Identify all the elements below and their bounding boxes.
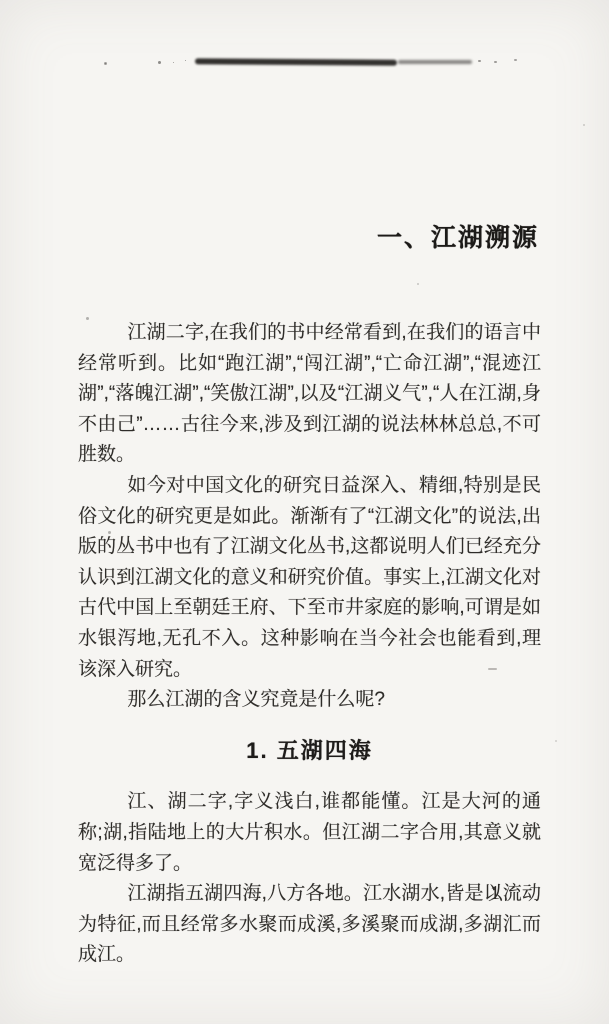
page-body: 江湖二字,在我们的书中经常看到,在我们的语言中经常听到。比如“跑江湖”,“闯江湖… [78, 318, 541, 971]
scan-speck [488, 668, 497, 670]
scan-smudge-artifact [100, 50, 560, 72]
body-paragraph: 江湖指五湖四海,八方各地。江水湖水,皆是以流动为特征,而且经常多水聚而成溪,多溪… [78, 879, 541, 971]
scan-speck [108, 531, 111, 534]
scanned-book-page: 一、江湖溯源 江湖二字,在我们的书中经常看到,在我们的语言中经常听到。比如“跑江… [0, 0, 609, 1024]
smudge-dots-right [478, 60, 481, 62]
scan-speck [86, 317, 89, 320]
scan-speck [583, 124, 585, 126]
smudge-mid [398, 60, 472, 64]
scan-speck [417, 283, 419, 285]
body-paragraph: 如今对中国文化的研究日益深入、精细,特别是民俗文化的研究更是如此。渐渐有了“江湖… [78, 471, 541, 685]
paragraph-group-bottom: 江、湖二字,字义浅白,谁都能懂。江是大河的通称;湖,指陆地上的大片积水。但江湖二… [78, 787, 541, 971]
paragraph-group-top: 江湖二字,在我们的书中经常看到,在我们的语言中经常听到。比如“跑江湖”,“闯江湖… [78, 318, 541, 716]
body-paragraph: 那么江湖的含义究竟是什么呢? [78, 685, 541, 716]
scan-speck [483, 637, 486, 639]
scan-speck [104, 62, 107, 65]
body-paragraph: 江湖二字,在我们的书中经常看到,在我们的语言中经常听到。比如“跑江湖”,“闯江湖… [78, 318, 541, 471]
body-paragraph: 江、湖二字,字义浅白,谁都能懂。江是大河的通称;湖,指陆地上的大片积水。但江湖二… [78, 787, 541, 879]
chapter-title: 一、江湖溯源 [377, 218, 539, 254]
section-heading: 1. 五湖四海 [78, 736, 541, 767]
smudge-dots-left [158, 61, 161, 64]
page-number: 1 [490, 882, 500, 905]
smudge-core [195, 58, 397, 65]
scan-speck [555, 740, 557, 742]
